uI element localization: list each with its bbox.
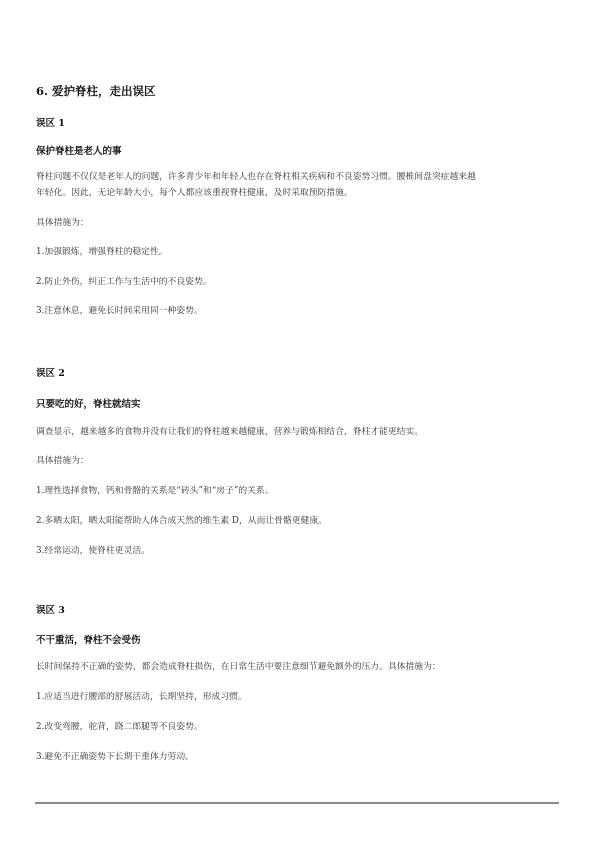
section-1-item-2: 2.防止外伤，纠正工作与生活中的不良姿势。: [36, 275, 212, 290]
section-3-paragraph: 长时间保持不正确的姿势，都会造成脊柱损伤，在日常生活中要注意细节避免额外的压力。…: [36, 660, 441, 675]
section-2-measures-label: 具体措施为：: [36, 454, 89, 469]
section-3-item-1: 1.应适当进行腰部的舒展活动，长期坚持，形成习惯。: [36, 690, 247, 705]
section-3-item-2: 2.改变弯腰，驼背，跷二郎腿等不良姿势。: [36, 720, 203, 735]
section-2-paragraph: 调查显示，越来越多的食物并没有让我们的脊柱越来越健康，营养与锻炼相结合，脊柱才能…: [36, 425, 423, 440]
section-1-item-1: 1.加强锻炼，增强脊柱的稳定性。: [36, 245, 168, 260]
section-1-measures-label: 具体措施为：: [36, 216, 89, 231]
section-2-item-2: 2.多晒太阳，晒太阳能帮助人体合成天然的维生素 D，从而让骨骼更健康。: [36, 514, 327, 529]
footer-divider: [35, 802, 559, 804]
section-1-subtitle: 保护脊柱是老人的事: [36, 143, 122, 157]
section-1-paragraph-line-2: 年轻化。因此，无论年龄大小，每个人都应该重视脊柱健康，及时采取预防措施。: [36, 186, 353, 201]
section-2-item-1: 1.理性选择食物，钙和骨骼的关系是“砖头”和“房子”的关系。: [36, 484, 274, 499]
section-3-item-3: 3.避免不正确姿势下长期干重体力劳动。: [36, 750, 194, 765]
section-3-subtitle: 不干重活，脊柱不会受伤: [36, 632, 141, 646]
section-1-paragraph-line-1: 脊柱问题不仅仅是老年人的问题，许多青少年和年轻人也存在脊柱相关疾病和不良姿势习惯…: [36, 170, 476, 185]
section-2-subtitle: 只要吃的好，脊柱就结实: [36, 396, 141, 410]
section-2-label: 误区 2: [36, 365, 65, 379]
document-title: 6. 爱护脊柱，走出误区: [36, 83, 156, 99]
section-1-label: 误区 1: [36, 115, 65, 129]
section-2-item-3: 3.经常运动，使脊柱更灵活。: [36, 544, 150, 559]
section-3-label: 误区 3: [36, 602, 65, 616]
section-1-item-3: 3.注意休息，避免长时间采用同一种姿势。: [36, 304, 203, 319]
